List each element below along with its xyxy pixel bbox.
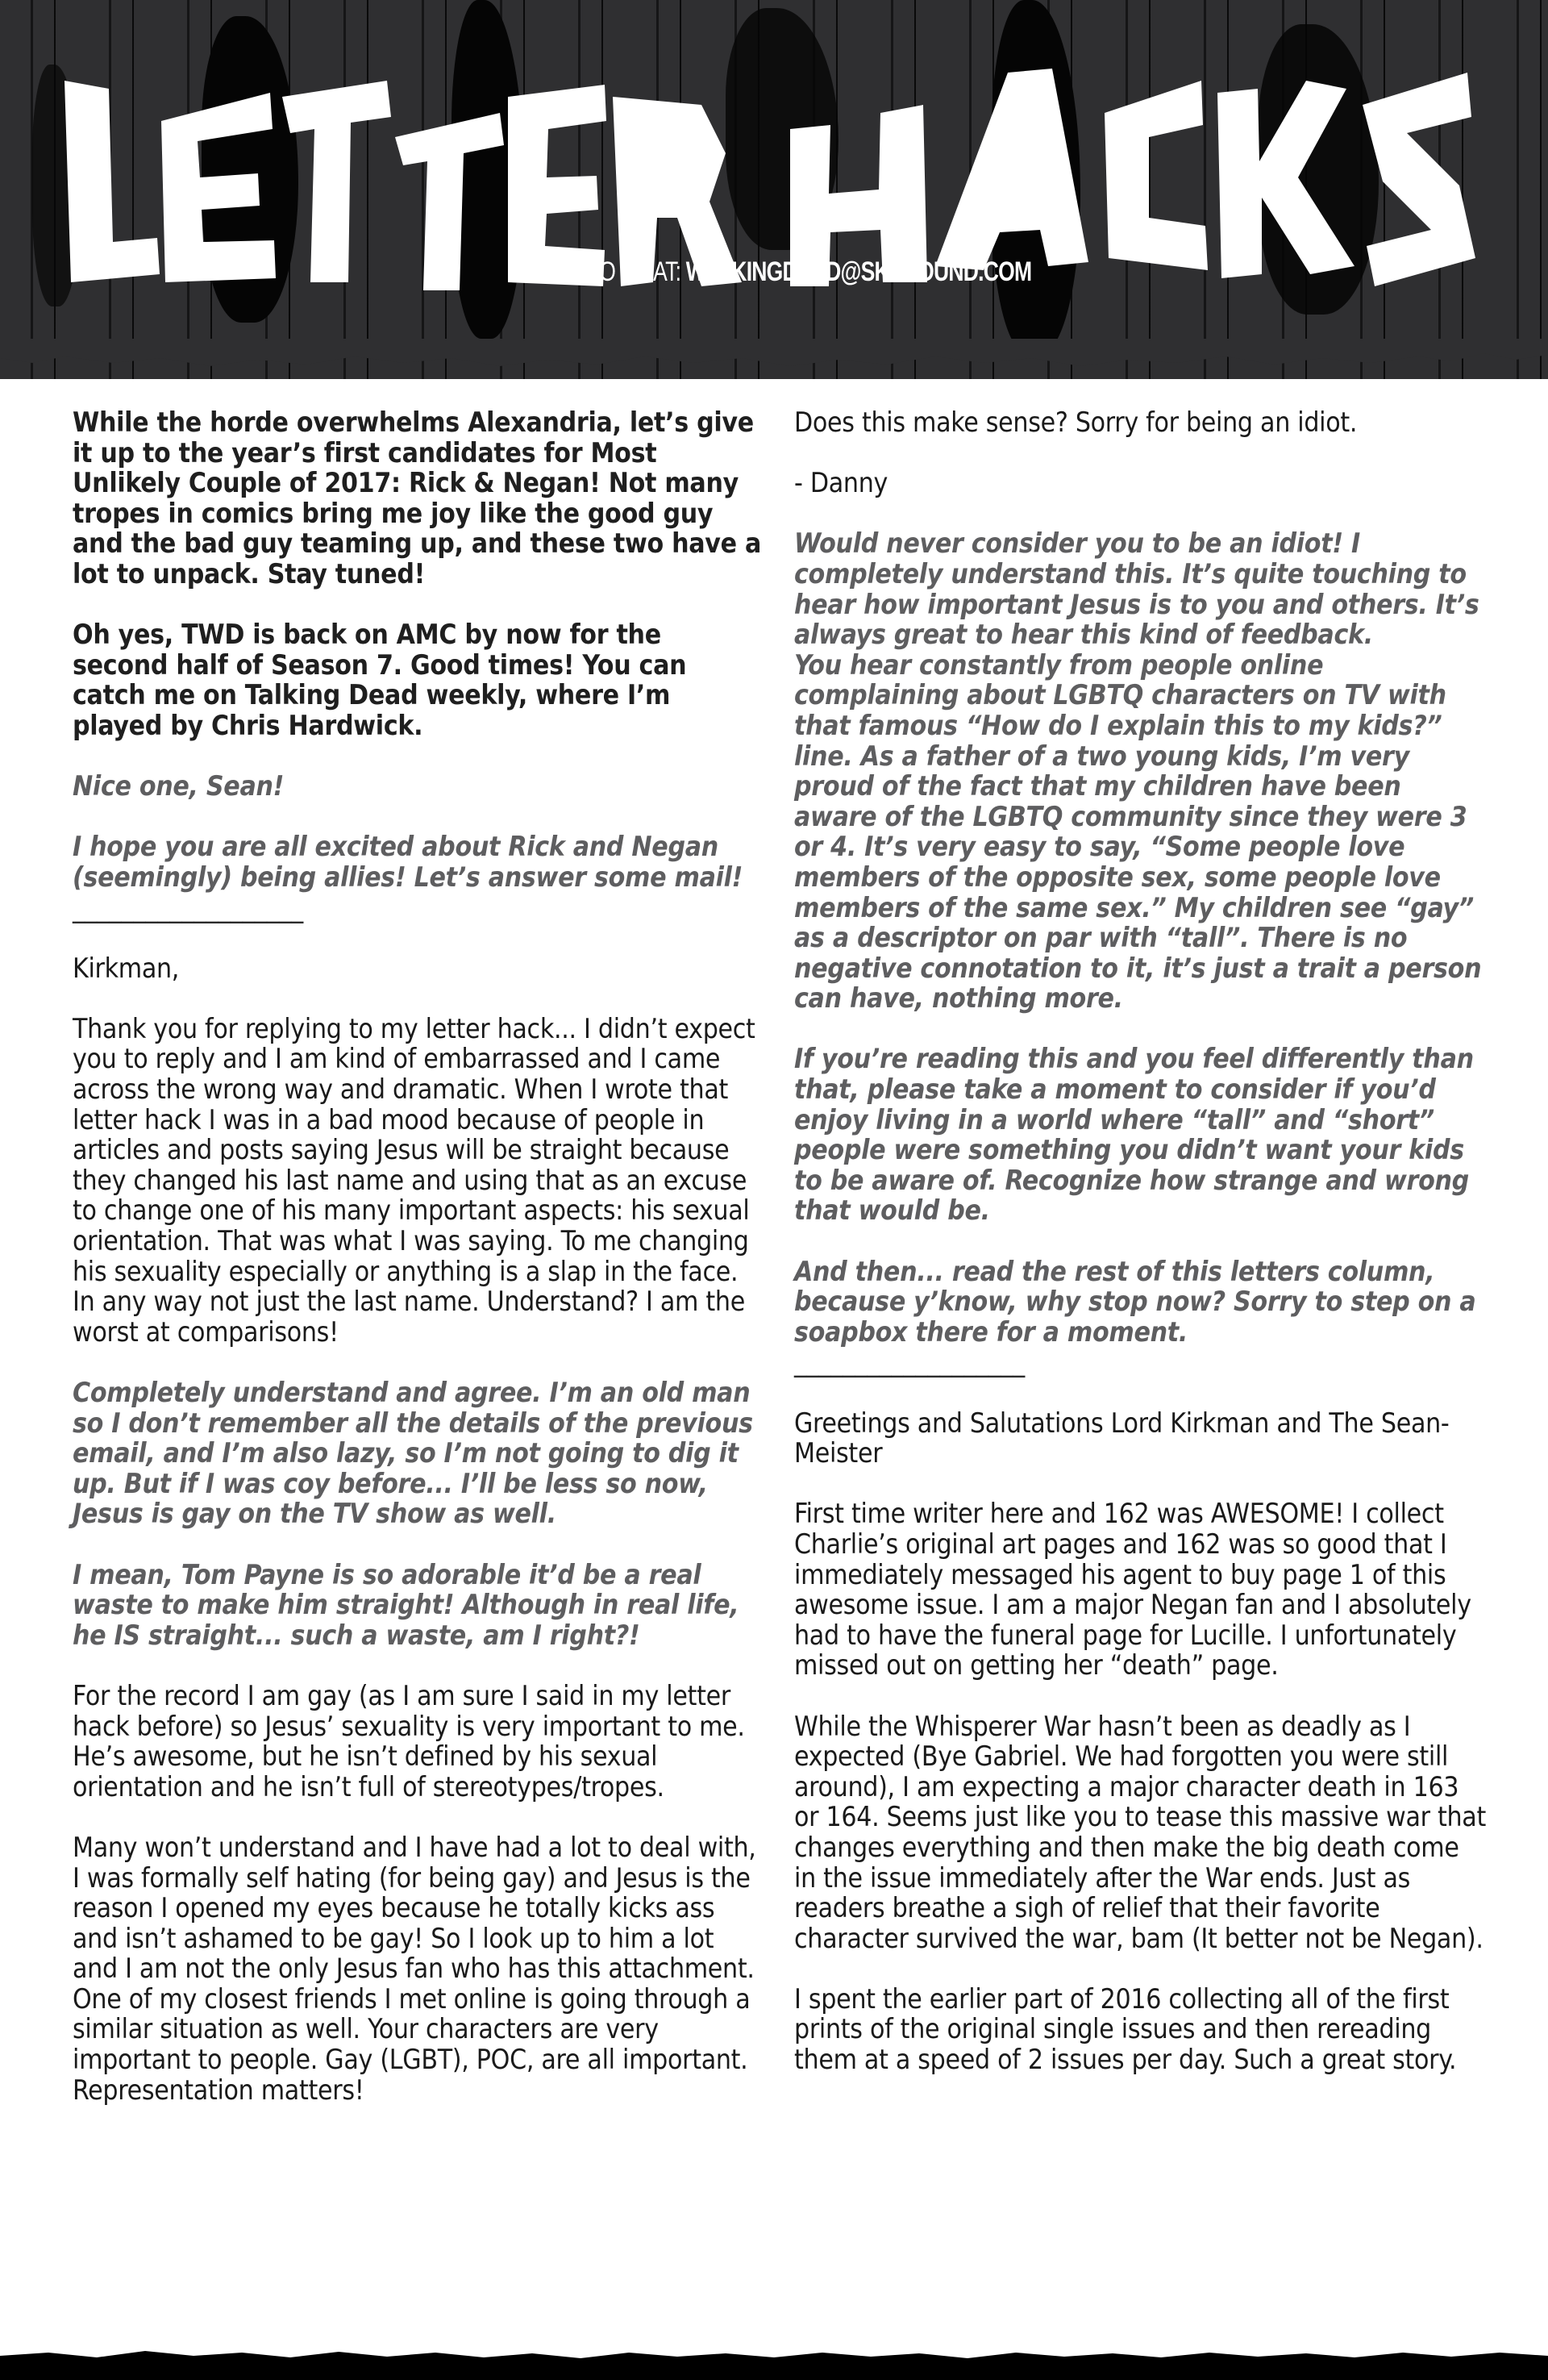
contact-email-line: WRITE TO US AT: WALKINGDEAD@SKYBOUND.COM: [170, 256, 1378, 288]
letter-signature: - Danny: [794, 468, 1488, 498]
reader-letter: I spent the earlier part of 2016 collect…: [794, 1984, 1488, 2075]
editor-reply: I hope you are all excited about Rick an…: [73, 832, 762, 892]
editor-intro: Oh yes, TWD is back on AMC by now for th…: [73, 619, 762, 740]
contact-email-link[interactable]: WALKINGDEAD@SKYBOUND.COM: [686, 256, 1032, 287]
letter-salutation: Greetings and Salutations Lord Kirkman a…: [794, 1408, 1488, 1469]
reader-letter: While the Whisperer War hasn’t been as d…: [794, 1711, 1488, 1954]
letter-hacks-title-graphic: [64, 48, 1483, 290]
torn-paper-edge-bottom: [0, 2343, 1548, 2380]
editor-reply: If you’re reading this and you feel diff…: [794, 1044, 1488, 1226]
contact-label: WRITE TO US AT:: [517, 256, 686, 287]
editor-reply: Completely understand and agree. I’m an …: [73, 1378, 762, 1529]
editor-reply: Would never consider you to be an idiot!…: [794, 528, 1488, 1014]
section-divider: ___________________: [794, 1347, 1488, 1378]
section-divider: ___________________: [73, 893, 762, 923]
editor-reply: I mean, Tom Payne is so adorable it’d be…: [73, 1560, 762, 1651]
letters-column-right: Does this make sense? Sorry for being an…: [794, 407, 1488, 2105]
reader-letter: First time writer here and 162 was AWESO…: [794, 1498, 1488, 1681]
letters-column-left: While the horde overwhelms Alexandria, l…: [73, 407, 762, 2136]
reader-letter: For the record I am gay (as I am sure I …: [73, 1681, 762, 1802]
torn-paper-edge-top: [0, 339, 1548, 387]
letter-salutation: Kirkman,: [73, 953, 762, 984]
reader-letter: Thank you for replying to my letter hack…: [73, 1014, 762, 1348]
editor-reply: And then... read the rest of this letter…: [794, 1257, 1488, 1348]
editor-reply: Nice one, Sean!: [73, 771, 762, 802]
page-title: [64, 48, 1483, 290]
editor-intro: While the horde overwhelms Alexandria, l…: [73, 407, 762, 590]
reader-letter: Many won’t understand and I have had a l…: [73, 1832, 762, 2105]
page-header-banner: WRITE TO US AT: WALKINGDEAD@SKYBOUND.COM: [0, 0, 1548, 379]
reader-letter: Does this make sense? Sorry for being an…: [794, 407, 1488, 438]
